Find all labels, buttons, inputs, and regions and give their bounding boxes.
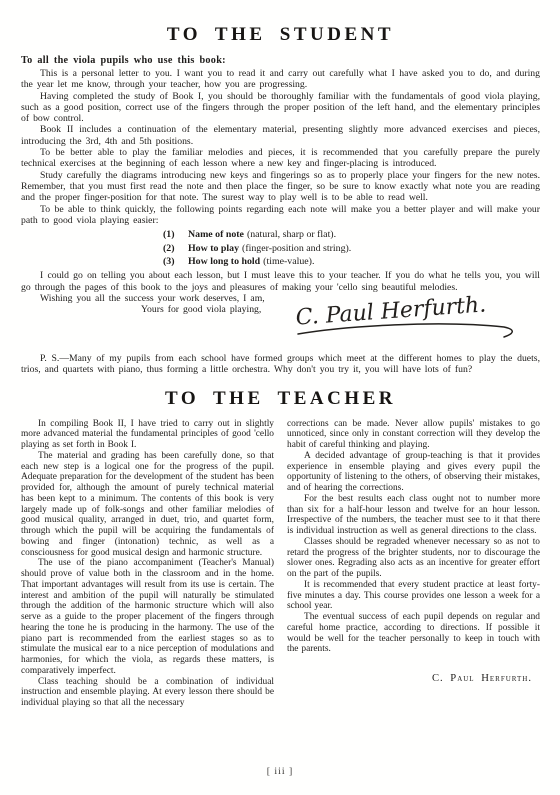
student-paragraph-1: This is a personal letter to you. I want…	[21, 68, 540, 91]
teacher-left-paragraph-4: Class teaching should be a combination o…	[21, 677, 274, 709]
list-item-2: (2)How to play(finger-position and strin…	[163, 242, 540, 255]
teacher-right-paragraph-2: A decided advantage of group-teaching is…	[287, 451, 540, 494]
list-number: (3)	[163, 255, 188, 268]
student-salutation: To all the viola pupils who use this boo…	[21, 55, 540, 66]
signature-flourish-icon: C. Paul Herfurth.	[290, 289, 522, 345]
teacher-signature: C. Paul Herfurth.	[287, 673, 532, 684]
postscript-paragraph: P. S.—Many of my pupils from each school…	[21, 353, 540, 376]
teacher-left-paragraph-1: In compiling Book II, I have tried to ca…	[21, 419, 274, 451]
teacher-left-paragraph-2: The material and grading has been carefu…	[21, 451, 274, 559]
teacher-right-paragraph-3: For the best results each class ought no…	[287, 494, 540, 537]
teacher-right-paragraph-4: Classes should be regraded whenever nece…	[287, 537, 540, 580]
list-item-detail: (natural, sharp or flat).	[247, 229, 336, 240]
list-item-1: (1)Name of note(natural, sharp or flat).	[163, 228, 540, 241]
student-paragraph-4: To be better able to play the familiar m…	[21, 147, 540, 170]
teacher-two-columns: In compiling Book II, I have tried to ca…	[21, 419, 540, 709]
student-paragraph-6: To be able to think quickly, the followi…	[21, 204, 540, 227]
student-signature-handwritten: C. Paul Herfurth.	[290, 289, 522, 345]
teacher-right-column: corrections can be made. Never allow pup…	[287, 419, 540, 709]
teacher-left-column: In compiling Book II, I have tried to ca…	[21, 419, 274, 709]
list-item-3: (3)How long to hold(time-value).	[163, 255, 540, 268]
valediction-block: Wishing you all the success your work de…	[21, 293, 540, 343]
teacher-right-paragraph-1: corrections can be made. Never allow pup…	[287, 419, 540, 451]
teacher-section-title: TO THE TEACHER	[21, 388, 540, 410]
list-number: (1)	[163, 228, 188, 241]
teacher-right-paragraph-6: The eventual success of each pupil depen…	[287, 612, 540, 655]
teacher-right-paragraph-5: It is recommended that every student pra…	[287, 580, 540, 612]
student-paragraph-2: Having completed the study of Book I, yo…	[21, 91, 540, 125]
list-item-title: How long to hold	[188, 256, 260, 267]
list-item-title: How to play	[188, 243, 239, 254]
list-item-detail: (time-value).	[263, 256, 314, 267]
note-points-list: (1)Name of note(natural, sharp or flat).…	[163, 228, 540, 268]
page-number: [ iii ]	[0, 766, 560, 777]
list-item-detail: (finger-position and string).	[242, 243, 351, 254]
teacher-left-paragraph-3: The use of the piano accompaniment (Teac…	[21, 558, 274, 676]
list-item-title: Name of note	[188, 229, 244, 240]
list-number: (2)	[163, 242, 188, 255]
student-paragraph-5: Study carefully the diagrams introducing…	[21, 170, 540, 204]
student-paragraph-3: Book II includes a continuation of the e…	[21, 124, 540, 147]
book-page: TO THE STUDENT To all the viola pupils w…	[0, 0, 560, 795]
student-section-title: TO THE STUDENT	[21, 24, 540, 46]
